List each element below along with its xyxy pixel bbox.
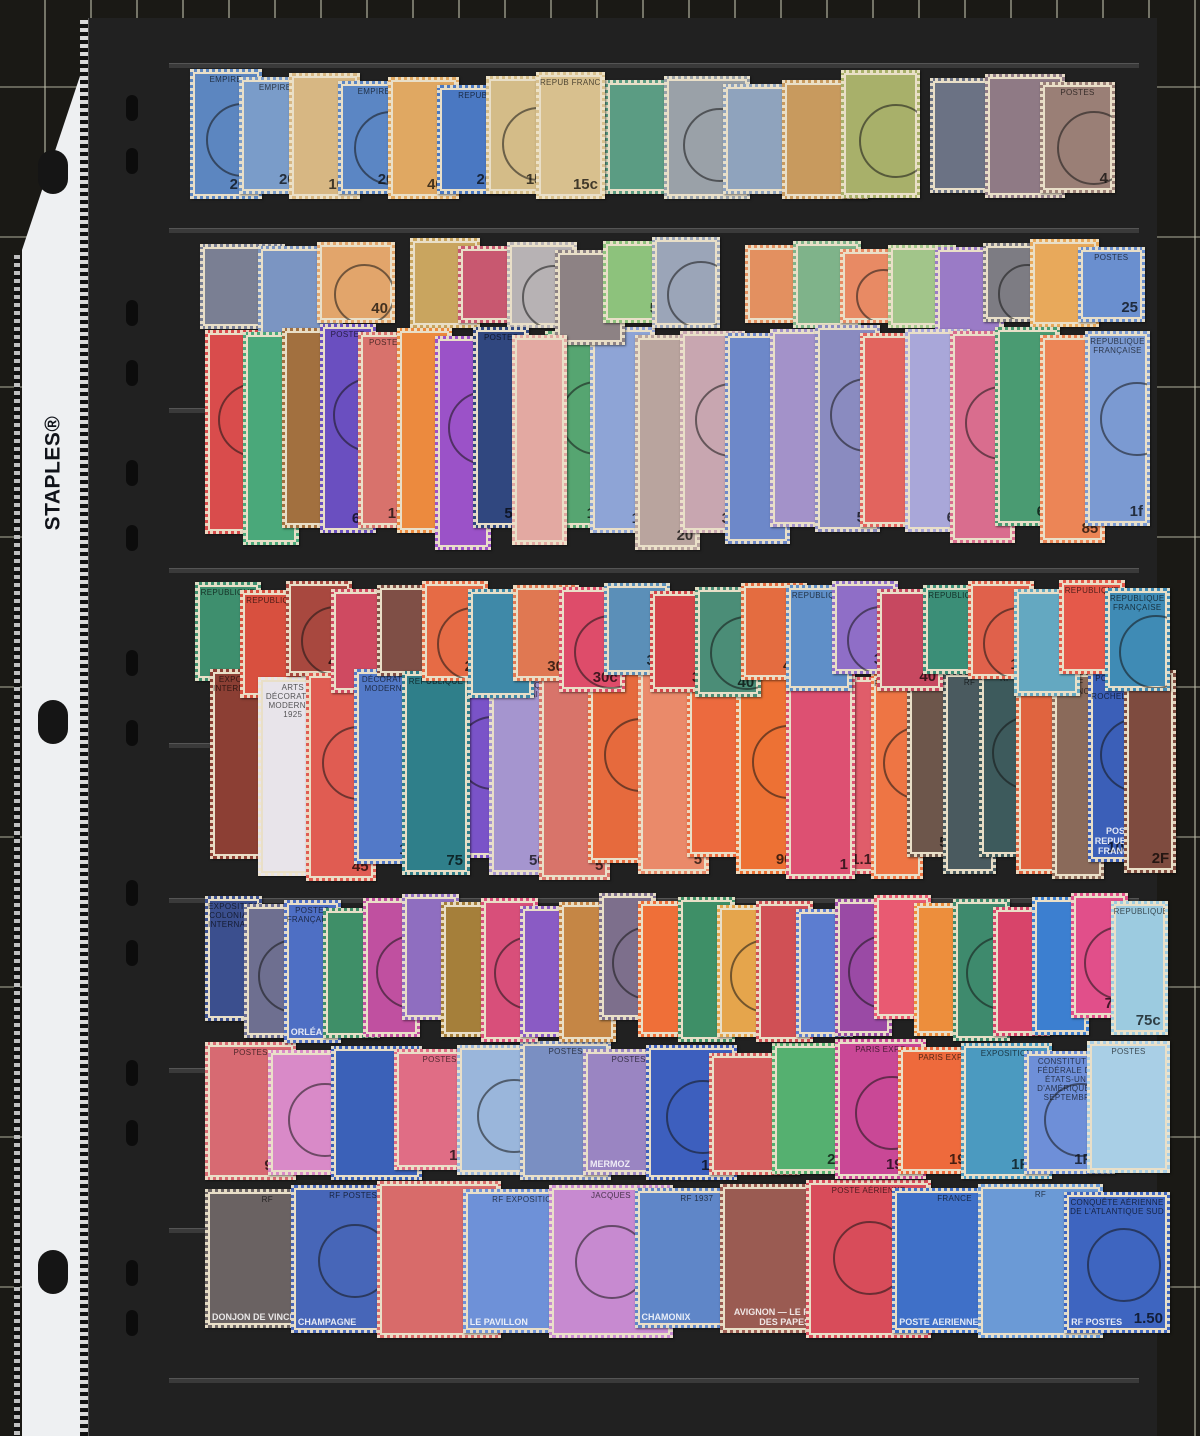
stamp-caption: CHAMONIX	[642, 1312, 691, 1322]
postmark-cancel	[334, 264, 395, 323]
page-slot-hole	[126, 1060, 138, 1086]
stock-strip	[169, 1378, 1139, 1383]
stock-strip	[169, 63, 1139, 68]
page-slot-hole	[126, 525, 138, 551]
stamp: POSTES4	[1040, 82, 1115, 193]
stamp: POSTES	[1087, 1041, 1170, 1173]
page-slot-hole	[126, 1260, 138, 1286]
postmark-cancel	[1087, 1228, 1161, 1302]
stamp: POSTES25	[1078, 247, 1146, 322]
stamp: 40	[317, 242, 395, 323]
page-slot-hole	[126, 95, 138, 121]
binder-brand-logo: STAPLES®	[28, 408, 78, 538]
postmark-cancel	[667, 261, 720, 328]
page-slot-hole	[126, 360, 138, 386]
stamp: REPUBLIQUE FRANÇAISE	[1105, 588, 1170, 691]
stamp-caption: CHAMPAGNE	[298, 1317, 356, 1327]
stamp-inscription: POSTES	[1043, 88, 1112, 97]
page-slot-hole	[126, 940, 138, 966]
postmark-cancel	[1119, 615, 1170, 689]
page-slot-hole	[126, 1310, 138, 1336]
stamp: 1	[786, 669, 855, 879]
stamp-caption: RF POSTES	[1071, 1317, 1122, 1327]
stamp-denomination: 25	[1121, 299, 1138, 316]
stamp-denomination: 75c	[1136, 1012, 1161, 1029]
postmark-cancel	[859, 104, 920, 178]
stamp	[512, 335, 568, 545]
sheet-perforated-edge	[80, 20, 88, 1436]
stamp-inscription: REPUBLIQUE FRANÇAISE	[1108, 594, 1167, 612]
stamp: REPUBLIQUE FRANÇAISE1f	[1085, 331, 1150, 526]
stamp-denomination: 2F	[1152, 850, 1170, 867]
stamp-denomination: 1	[840, 856, 848, 873]
postmark-cancel	[1100, 382, 1150, 456]
page-slot-hole	[126, 880, 138, 906]
binder-hole	[38, 1250, 68, 1294]
stamp-denomination: 1.50	[1134, 1310, 1163, 1327]
stamp-caption: POSTE AERIENNE	[899, 1317, 978, 1327]
page-slot-hole	[126, 460, 138, 486]
stamp-denomination: 15c	[573, 176, 598, 193]
stamp-denomination: 75	[446, 852, 463, 869]
binder-hole	[38, 150, 68, 194]
stamp-caption: MERMOZ	[590, 1159, 630, 1169]
page-slot-hole	[126, 720, 138, 746]
stamp-inscription: REPUBLIQUE FRANÇAISE	[1088, 337, 1147, 355]
stamp: REPUB FRANC15c	[536, 72, 605, 199]
stamp-caption: LE PAVILLON	[470, 1317, 528, 1327]
stamp-inscription: POSTES	[1081, 253, 1143, 262]
postmark-cancel	[1057, 111, 1115, 185]
stamp	[652, 237, 720, 328]
page-slot-hole	[126, 650, 138, 676]
stock-strip	[169, 228, 1139, 233]
binder-hole	[38, 700, 68, 744]
binder-strip	[22, 70, 84, 1436]
page-slot-hole	[126, 148, 138, 174]
stamp: REPUBLIQUE75c	[1111, 901, 1168, 1035]
stamp-inscription: CONQUÊTE AÉRIENNE DE L'ATLANTIQUE SUD	[1067, 1198, 1167, 1216]
page-slot-hole	[126, 1120, 138, 1146]
stamp-inscription: POSTES	[1090, 1047, 1167, 1056]
stock-strip	[169, 568, 1139, 573]
stamp-inscription: REPUB FRANC	[539, 78, 602, 87]
stamp	[841, 70, 920, 198]
page-slot-hole	[126, 300, 138, 326]
stamp: 2F	[1124, 670, 1176, 873]
sheet-perforated-edge-outer	[14, 255, 20, 1436]
stamp: REPUBLIQUE75	[402, 671, 470, 875]
stamp-denomination: 1f	[1130, 503, 1143, 520]
stamp-inscription: REPUBLIQUE	[1114, 907, 1165, 916]
stamp: CONQUÊTE AÉRIENNE DE L'ATLANTIQUE SUD1.5…	[1064, 1192, 1170, 1333]
